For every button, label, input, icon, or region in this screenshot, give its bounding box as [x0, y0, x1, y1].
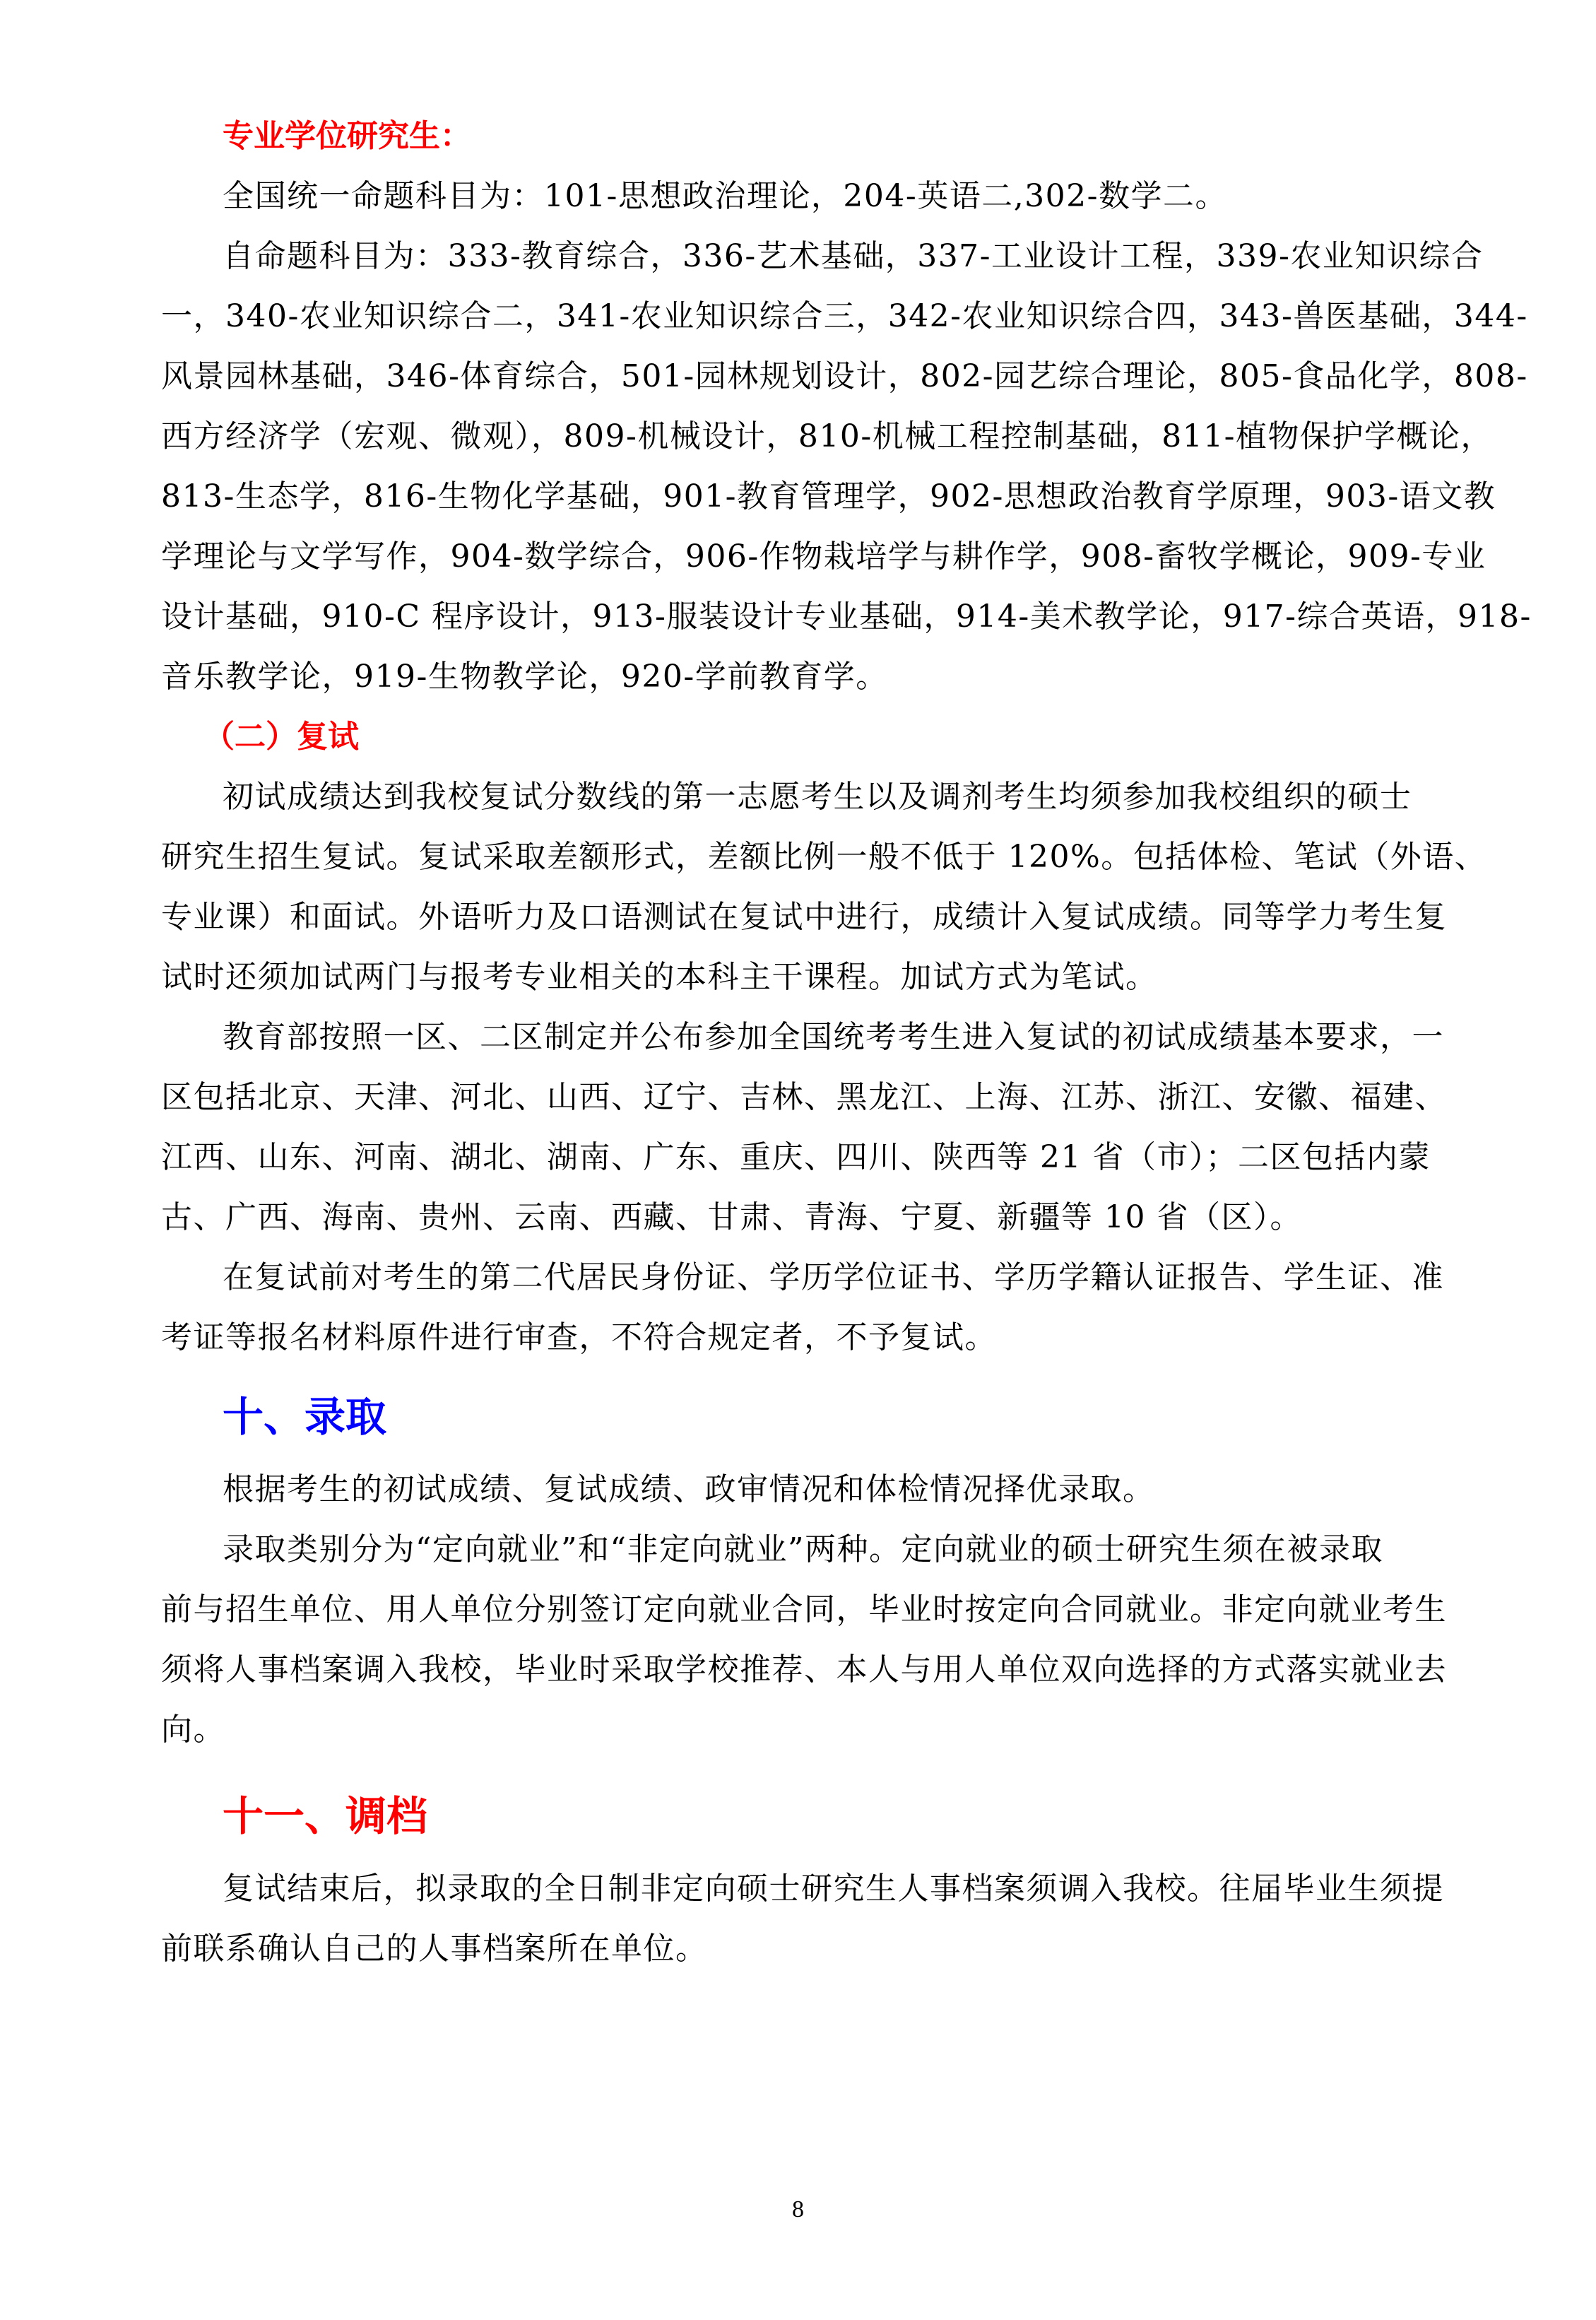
paragraph-line: 须将人事档案调入我校，毕业时采取学校推荐、本人与用人单位双向选择的方式落实就业去 [161, 1639, 1376, 1700]
paragraph-line: 向。 [161, 1700, 1376, 1760]
page-number: 8 [0, 2196, 1596, 2223]
admission-paragraph-1: 根据考生的初试成绩、复试成绩、政审情况和体检情况择优录取。 [161, 1459, 1376, 1519]
file-transfer-paragraph: 复试结束后，拟录取的全日制非定向硕士研究生人事档案须调入我校。往届毕业生须提 前… [161, 1859, 1376, 1979]
paragraph-line: 考证等报名材料原件进行审查，不符合规定者，不予复试。 [161, 1307, 1376, 1367]
paragraph-line: 试时还须加试两门与报考专业相关的本科主干课程。加试方式为笔试。 [161, 947, 1376, 1007]
paragraph-line: 根据考生的初试成绩、复试成绩、政审情况和体检情况择优录取。 [161, 1459, 1376, 1519]
paragraph-line: 复试结束后，拟录取的全日制非定向硕士研究生人事档案须调入我校。往届毕业生须提 [161, 1859, 1376, 1919]
paragraph-line: 设计基础，910-C 程序设计，913-服装设计专业基础，914-美术教学论，9… [161, 587, 1376, 647]
section-heading-admission: 十、录取 [161, 1374, 1376, 1459]
paragraph-line: 自命题科目为：333-教育综合，336-艺术基础，337-工业设计工程，339-… [161, 226, 1376, 286]
section-heading-file-transfer: 十一、调档 [161, 1774, 1376, 1859]
paragraph-line: 研究生招生复试。复试采取差额形式，差额比例一般不低于 120%。包括体检、笔试（… [161, 827, 1376, 887]
self-set-subjects-paragraph: 自命题科目为：333-教育综合，336-艺术基础，337-工业设计工程，339-… [161, 226, 1376, 707]
paragraph-line: 西方经济学（宏观、微观），809-机械设计，810-机械工程控制基础，811-植… [161, 406, 1376, 466]
retest-paragraph-1: 初试成绩达到我校复试分数线的第一志愿考生以及调剂考生均须参加我校组织的硕士 研究… [161, 767, 1376, 1007]
paragraph-line: 学理论与文学写作，904-数学综合，906-作物栽培学与耕作学，908-畜牧学概… [161, 526, 1376, 587]
paragraph-line: 专业课）和面试。外语听力及口语测试在复试中进行，成绩计入复试成绩。同等学力考生复 [161, 887, 1376, 947]
paragraph-line: 音乐教学论，919-生物教学论，920-学前教育学。 [161, 647, 1376, 707]
paragraph-line: 风景园林基础，346-体育综合，501-园林规划设计，802-园艺综合理论，80… [161, 346, 1376, 406]
paragraph-line: 录取类别分为“定向就业”和“非定向就业”两种。定向就业的硕士研究生须在被录取 [161, 1519, 1376, 1579]
paragraph-line: 813-生态学，816-生物化学基础，901-教育管理学，902-思想政治教育学… [161, 466, 1376, 526]
paragraph-line: 教育部按照一区、二区制定并公布参加全国统考考生进入复试的初试成绩基本要求，一 [161, 1007, 1376, 1067]
professional-degree-heading: 专业学位研究生： [161, 106, 1376, 166]
paragraph-line: 区包括北京、天津、河北、山西、辽宁、吉林、黑龙江、上海、江苏、浙江、安徽、福建、 [161, 1067, 1376, 1127]
paragraph-line: 前与招生单位、用人单位分别签订定向就业合同，毕业时按定向合同就业。非定向就业考生 [161, 1579, 1376, 1639]
retest-heading: （二）复试 [161, 707, 1376, 767]
paragraph-line: 初试成绩达到我校复试分数线的第一志愿考生以及调剂考生均须参加我校组织的硕士 [161, 767, 1376, 827]
paragraph-line: 一，340-农业知识综合二，341-农业知识综合三，342-农业知识综合四，34… [161, 286, 1376, 346]
paragraph-line: 在复试前对考生的第二代居民身份证、学历学位证书、学历学籍认证报告、学生证、准 [161, 1247, 1376, 1307]
paragraph-line: 前联系确认自己的人事档案所在单位。 [161, 1919, 1376, 1979]
paragraph-line: 江西、山东、河南、湖北、湖南、广东、重庆、四川、陕西等 21 省（市）；二区包括… [161, 1127, 1376, 1187]
paragraph-line: 古、广西、海南、贵州、云南、西藏、甘肃、青海、宁夏、新疆等 10 省（区）。 [161, 1187, 1376, 1247]
admission-paragraph-2: 录取类别分为“定向就业”和“非定向就业”两种。定向就业的硕士研究生须在被录取 前… [161, 1519, 1376, 1760]
retest-paragraph-3: 在复试前对考生的第二代居民身份证、学历学位证书、学历学籍认证报告、学生证、准 考… [161, 1247, 1376, 1367]
document-page: 专业学位研究生： 全国统一命题科目为：101-思想政治理论，204-英语二,30… [161, 106, 1376, 1979]
national-exam-subjects: 全国统一命题科目为：101-思想政治理论，204-英语二,302-数学二。 [161, 166, 1376, 226]
retest-paragraph-2: 教育部按照一区、二区制定并公布参加全国统考考生进入复试的初试成绩基本要求，一 区… [161, 1007, 1376, 1247]
